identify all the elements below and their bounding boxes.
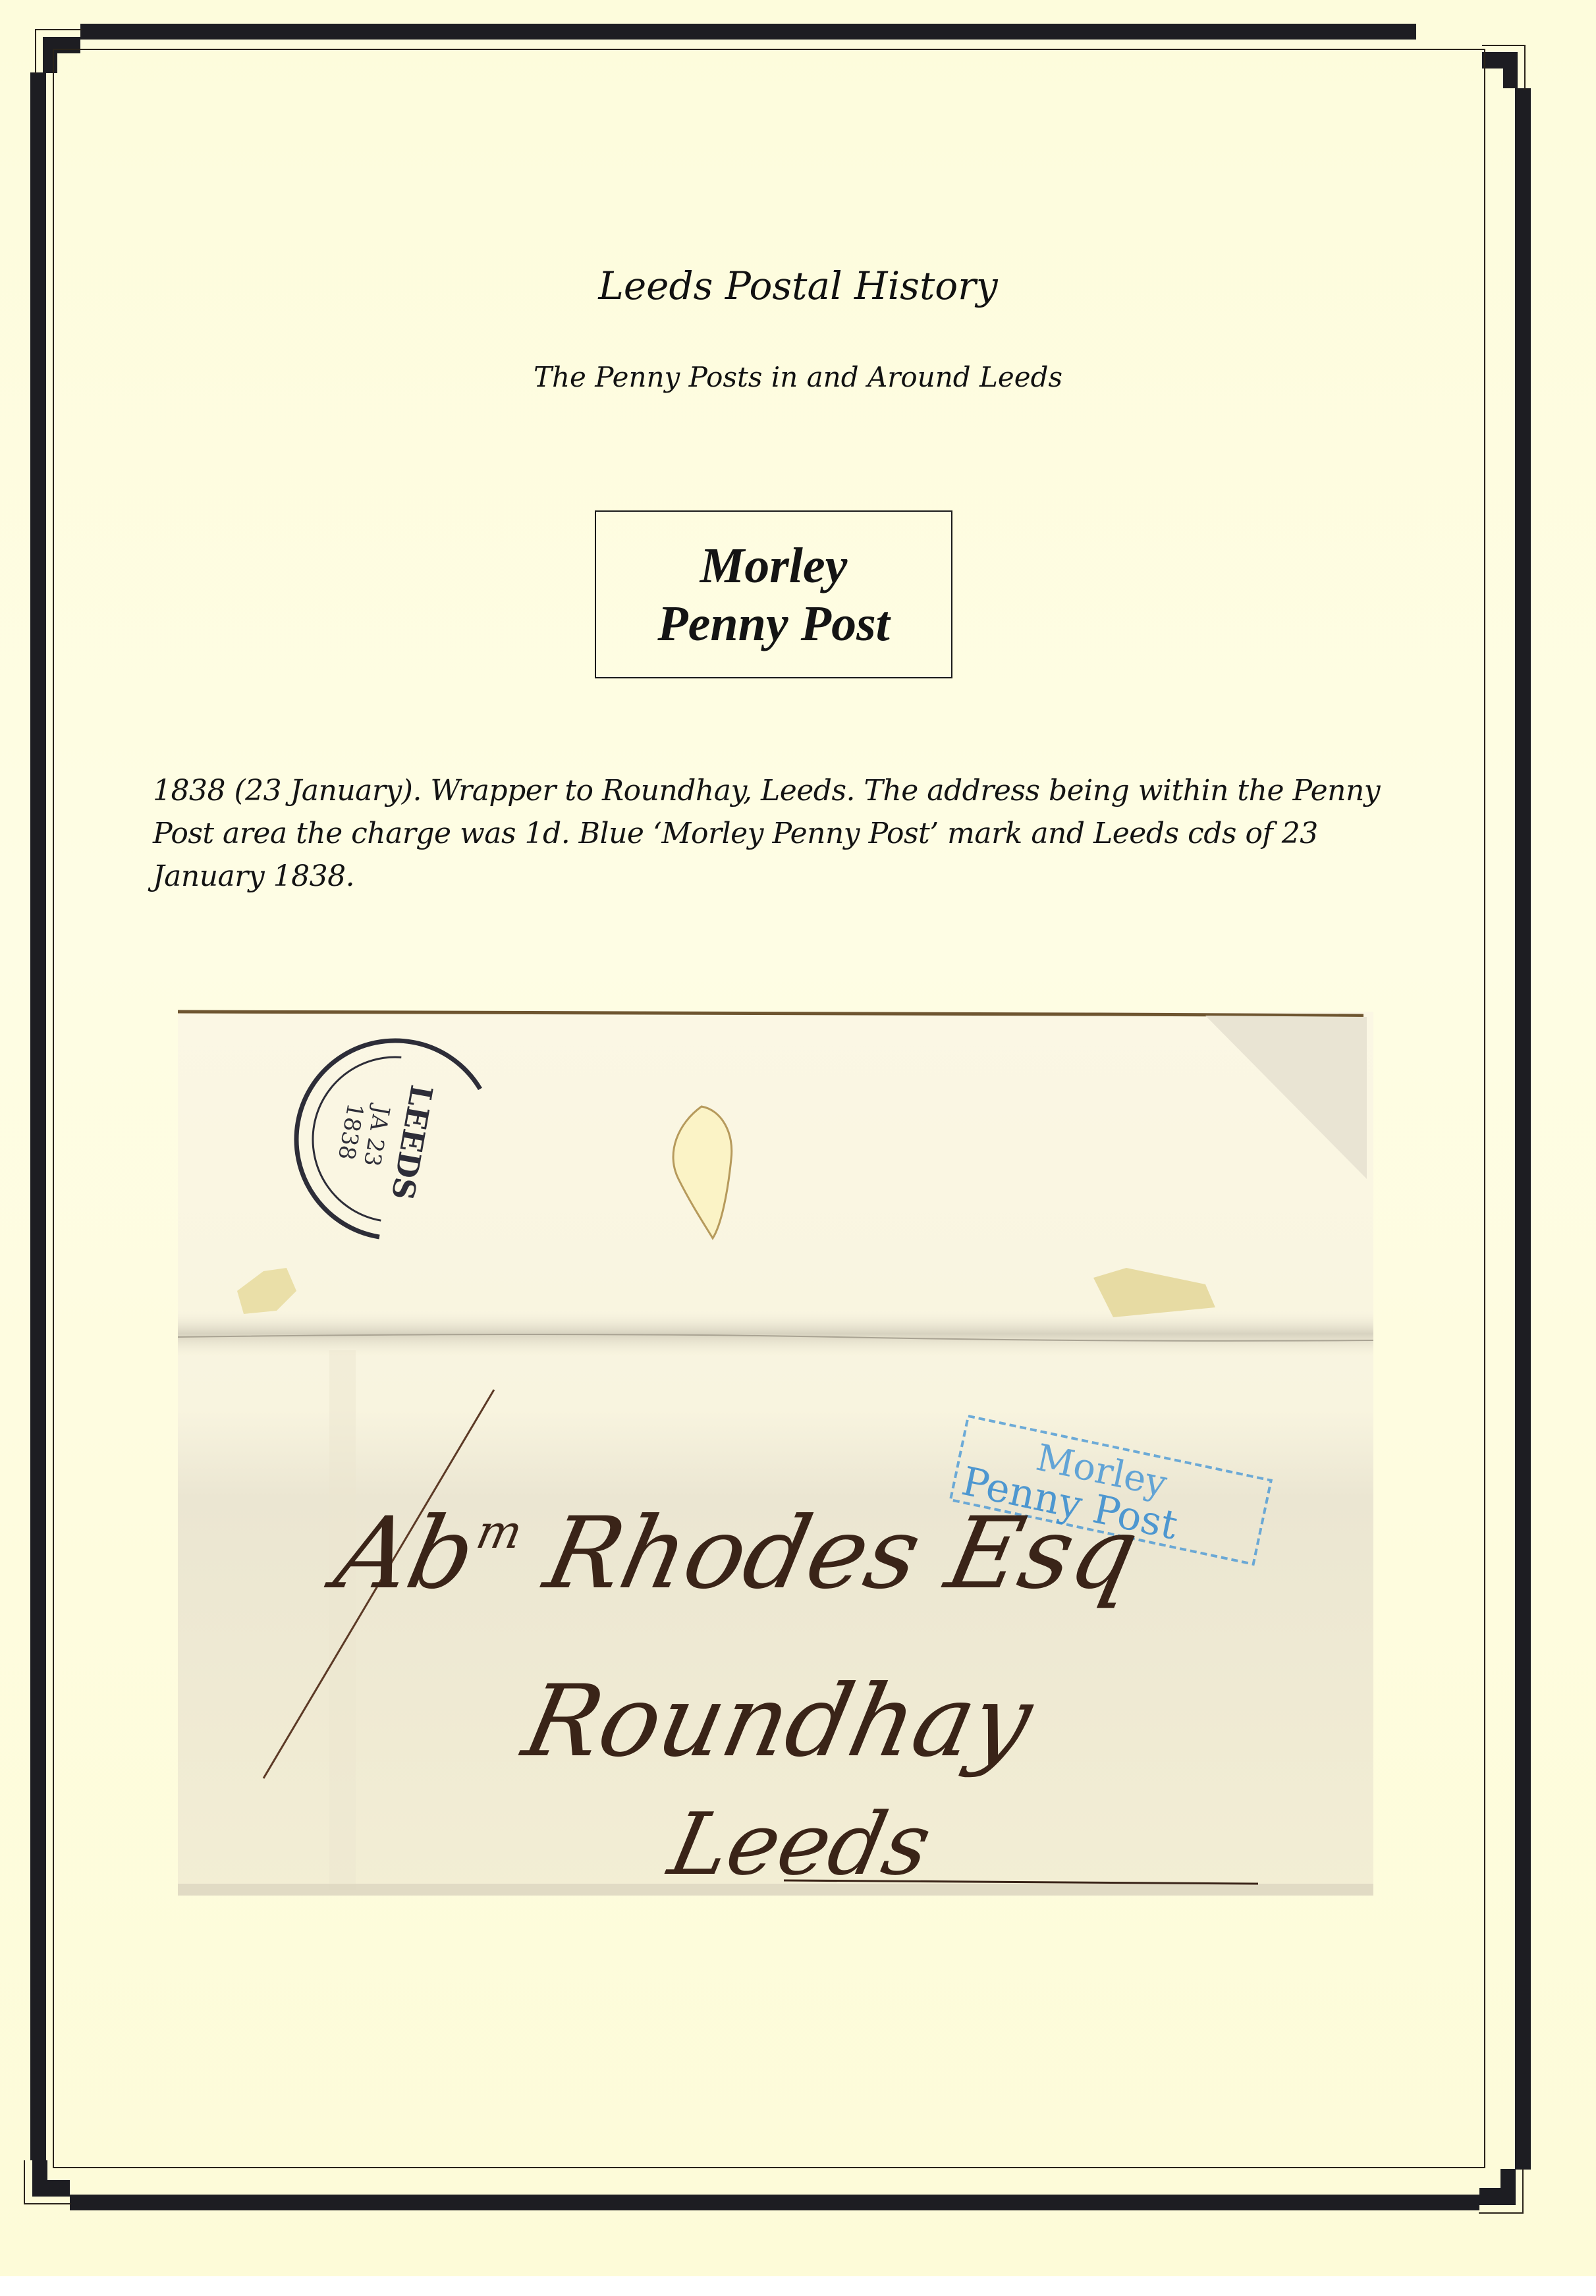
section-heading-line1: Morley xyxy=(700,537,848,595)
page-title: Leeds Postal History xyxy=(0,263,1596,308)
section-heading-line2: Penny Post xyxy=(657,595,890,653)
svg-text:Roundhay: Roundhay xyxy=(512,1664,1043,1779)
item-description: 1838 (23 January). Wrapper to Roundhay, … xyxy=(153,769,1404,898)
svg-text:Abm Rhodes Esq: Abm Rhodes Esq xyxy=(319,1496,1148,1611)
section-heading-box: Morley Penny Post xyxy=(595,510,952,678)
scan-edge xyxy=(0,2276,1596,2296)
page-subtitle: The Penny Posts in and Around Leeds xyxy=(0,361,1596,393)
postal-wrapper-image: LEEDS JA 23 1838 Morley Penny Post Abm R… xyxy=(178,1008,1373,1910)
